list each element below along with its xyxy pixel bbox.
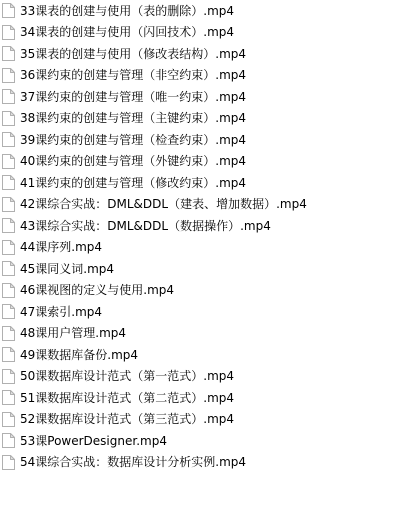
file-name: 52课数据库设计范式（第三范式）.mp4: [20, 412, 234, 426]
file-row[interactable]: 46课视图的定义与使用.mp4: [0, 280, 409, 302]
file-row[interactable]: 50课数据库设计范式（第一范式）.mp4: [0, 366, 409, 388]
file-name: 53课PowerDesigner.mp4: [20, 434, 167, 448]
document-file-icon: [2, 132, 15, 147]
file-name: 36课约束的创建与管理（非空约束）.mp4: [20, 68, 246, 82]
document-file-icon: [2, 46, 15, 61]
file-name: 44课序列.mp4: [20, 240, 102, 254]
document-file-icon: [2, 347, 15, 362]
document-file-icon: [2, 175, 15, 190]
document-file-icon: [2, 197, 15, 212]
document-file-icon: [2, 25, 15, 40]
document-file-icon: [2, 304, 15, 319]
document-file-icon: [2, 3, 15, 18]
file-row[interactable]: 38课约束的创建与管理（主键约束）.mp4: [0, 108, 409, 130]
document-file-icon: [2, 283, 15, 298]
document-file-icon: [2, 261, 15, 276]
file-name: 39课约束的创建与管理（检查约束）.mp4: [20, 133, 246, 147]
file-row[interactable]: 54课综合实战：数据库设计分析实例.mp4: [0, 452, 409, 474]
file-name: 43课综合实战：DML&DDL（数据操作）.mp4: [20, 219, 271, 233]
document-file-icon: [2, 412, 15, 427]
document-file-icon: [2, 240, 15, 255]
file-name: 41课约束的创建与管理（修改约束）.mp4: [20, 176, 246, 190]
document-file-icon: [2, 68, 15, 83]
document-file-icon: [2, 369, 15, 384]
file-name: 47课索引.mp4: [20, 305, 102, 319]
file-row[interactable]: 51课数据库设计范式（第二范式）.mp4: [0, 387, 409, 409]
file-row[interactable]: 41课约束的创建与管理（修改约束）.mp4: [0, 172, 409, 194]
file-row[interactable]: 40课约束的创建与管理（外键约束）.mp4: [0, 151, 409, 173]
file-name: 35课表的创建与使用（修改表结构）.mp4: [20, 47, 246, 61]
file-row[interactable]: 36课约束的创建与管理（非空约束）.mp4: [0, 65, 409, 87]
file-name: 40课约束的创建与管理（外键约束）.mp4: [20, 154, 246, 168]
file-row[interactable]: 34课表的创建与使用（闪回技术）.mp4: [0, 22, 409, 44]
file-row[interactable]: 53课PowerDesigner.mp4: [0, 430, 409, 452]
document-file-icon: [2, 433, 15, 448]
file-row[interactable]: 39课约束的创建与管理（检查约束）.mp4: [0, 129, 409, 151]
document-file-icon: [2, 390, 15, 405]
file-row[interactable]: 35课表的创建与使用（修改表结构）.mp4: [0, 43, 409, 65]
file-row[interactable]: 52课数据库设计范式（第三范式）.mp4: [0, 409, 409, 431]
file-name: 48课用户管理.mp4: [20, 326, 126, 340]
file-row[interactable]: 33课表的创建与使用（表的删除）.mp4: [0, 0, 409, 22]
file-list: 33课表的创建与使用（表的删除）.mp4 34课表的创建与使用（闪回技术）.mp…: [0, 0, 409, 473]
file-row[interactable]: 44课序列.mp4: [0, 237, 409, 259]
file-name: 46课视图的定义与使用.mp4: [20, 283, 174, 297]
file-row[interactable]: 42课综合实战：DML&DDL（建表、增加数据）.mp4: [0, 194, 409, 216]
file-row[interactable]: 49课数据库备份.mp4: [0, 344, 409, 366]
file-row[interactable]: 47课索引.mp4: [0, 301, 409, 323]
document-file-icon: [2, 89, 15, 104]
file-row[interactable]: 37课约束的创建与管理（唯一约束）.mp4: [0, 86, 409, 108]
file-row[interactable]: 43课综合实战：DML&DDL（数据操作）.mp4: [0, 215, 409, 237]
file-name: 49课数据库备份.mp4: [20, 348, 138, 362]
file-name: 50课数据库设计范式（第一范式）.mp4: [20, 369, 234, 383]
document-file-icon: [2, 455, 15, 470]
file-name: 34课表的创建与使用（闪回技术）.mp4: [20, 25, 234, 39]
file-name: 37课约束的创建与管理（唯一约束）.mp4: [20, 90, 246, 104]
file-name: 51课数据库设计范式（第二范式）.mp4: [20, 391, 234, 405]
file-name: 33课表的创建与使用（表的删除）.mp4: [20, 4, 234, 18]
document-file-icon: [2, 154, 15, 169]
file-row[interactable]: 45课同义词.mp4: [0, 258, 409, 280]
document-file-icon: [2, 111, 15, 126]
document-file-icon: [2, 218, 15, 233]
file-name: 45课同义词.mp4: [20, 262, 114, 276]
document-file-icon: [2, 326, 15, 341]
file-name: 42课综合实战：DML&DDL（建表、增加数据）.mp4: [20, 197, 307, 211]
file-name: 54课综合实战：数据库设计分析实例.mp4: [20, 455, 246, 469]
file-name: 38课约束的创建与管理（主键约束）.mp4: [20, 111, 246, 125]
file-row[interactable]: 48课用户管理.mp4: [0, 323, 409, 345]
